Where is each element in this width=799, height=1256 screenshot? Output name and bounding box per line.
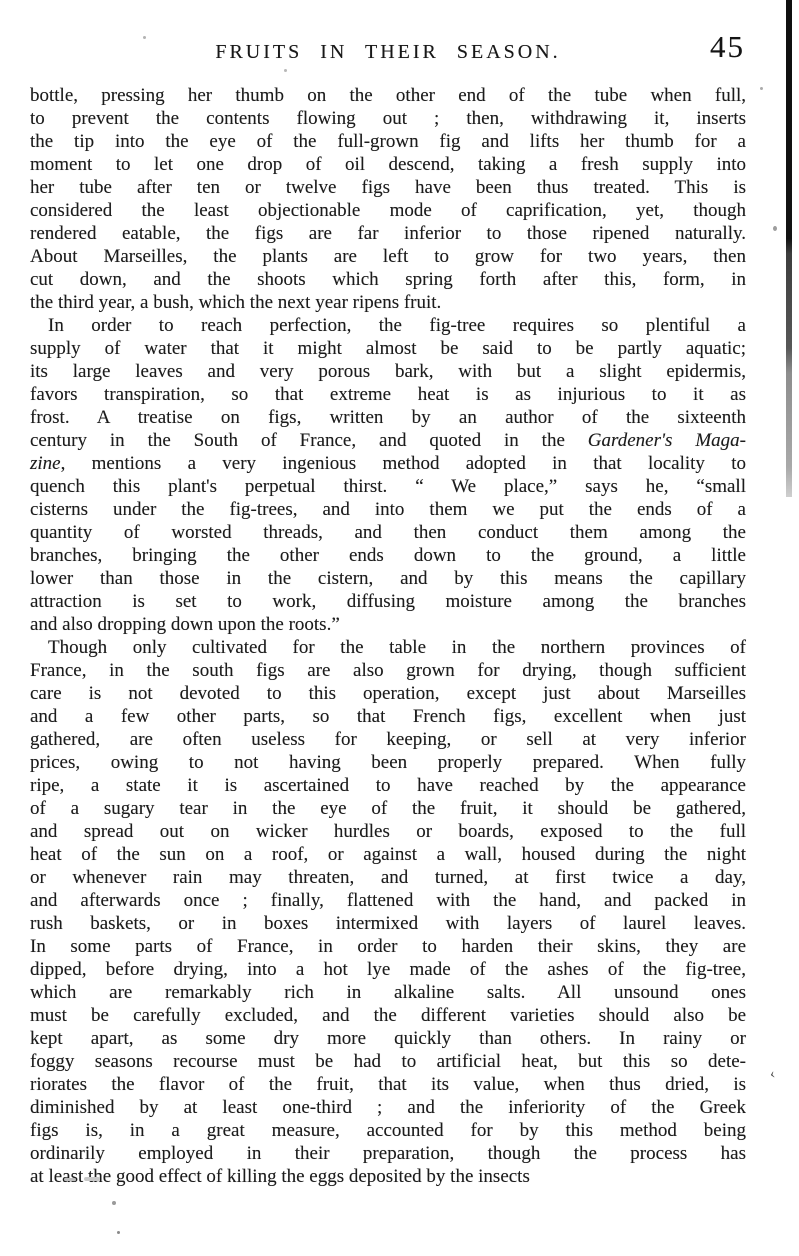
text-run: kept apart, as some dry more quickly tha… xyxy=(30,1028,746,1049)
text-line: or whenever rain may threaten, and turne… xyxy=(30,866,746,889)
text-run: supply of water that it might almost be … xyxy=(30,338,746,359)
text-line: her tube after ten or twelve figs have b… xyxy=(30,176,746,199)
text-line: riorates the flavor of the fruit, that i… xyxy=(30,1073,746,1096)
text-line: kept apart, as some dry more quickly tha… xyxy=(30,1027,746,1050)
text-line: frost. A treatise on figs, written by an… xyxy=(30,406,746,429)
text-run: figs is, in a great measure, accounted f… xyxy=(30,1120,746,1141)
text-line: dipped, before drying, into a hot lye ma… xyxy=(30,958,746,981)
scan-speck xyxy=(760,87,763,90)
text-run: prices, owing to not having been properl… xyxy=(30,752,746,773)
italic-text: zine xyxy=(30,453,61,474)
text-line: About Marseilles, the plants are left to… xyxy=(30,245,746,268)
scan-speck xyxy=(773,226,777,231)
text-run: of a sugary tear in the eye of the fruit… xyxy=(30,798,746,819)
text-line: quantity of worsted threads, and then co… xyxy=(30,521,746,544)
text-run: its large leaves and very porous bark, w… xyxy=(30,361,746,382)
text-line: moment to let one drop of oil descend, t… xyxy=(30,153,746,176)
text-run: riorates the flavor of the fruit, that i… xyxy=(30,1074,746,1095)
text-run: quench this plant's perpetual thirst. “ … xyxy=(30,476,746,497)
text-run: diminished by at least one-third ; and t… xyxy=(30,1097,746,1118)
text-run: lower than those in the cistern, and by … xyxy=(30,568,746,589)
text-line: and a few other parts, so that French fi… xyxy=(30,705,746,728)
text-run: cisterns under the fig-trees, and into t… xyxy=(30,499,746,520)
text-run: must be carefully excluded, and the diff… xyxy=(30,1005,746,1026)
text-run: foggy seasons recourse must be had to ar… xyxy=(30,1051,746,1072)
text-line: France, in the south figs are also grown… xyxy=(30,659,746,682)
text-line: quench this plant's perpetual thirst. “ … xyxy=(30,475,746,498)
text-line: supply of water that it might almost be … xyxy=(30,337,746,360)
scan-speck xyxy=(117,1231,120,1234)
margin-ink-mark: ‹ xyxy=(768,1066,776,1084)
text-line: In some parts of France, in order to har… xyxy=(30,935,746,958)
text-line: ripe, a state it is ascertained to have … xyxy=(30,774,746,797)
text-line: cisterns under the fig-trees, and into t… xyxy=(30,498,746,521)
text-line: to prevent the contents flowing out ; th… xyxy=(30,107,746,130)
scan-speck xyxy=(143,36,146,39)
text-run: frost. A treatise on figs, written by an… xyxy=(30,407,746,428)
text-line: zine, mentions a very ingenious method a… xyxy=(30,452,746,475)
text-run: and spread out on wicker hurdles or boar… xyxy=(30,821,746,842)
text-run: Though only cultivated for the table in … xyxy=(48,637,746,658)
text-line: must be carefully excluded, and the diff… xyxy=(30,1004,746,1027)
text-line: of a sugary tear in the eye of the fruit… xyxy=(30,797,746,820)
text-line: the tip into the eye of the full-grown f… xyxy=(30,130,746,153)
text-line: diminished by at least one-third ; and t… xyxy=(30,1096,746,1119)
text-run: gathered, are often useless for keeping,… xyxy=(30,729,746,750)
text-line: considered the least objectionable mode … xyxy=(30,199,746,222)
text-line: foggy seasons recourse must be had to ar… xyxy=(30,1050,746,1073)
text-line: branches, bringing the other ends down t… xyxy=(30,544,746,567)
text-run: heat of the sun on a roof, or against a … xyxy=(30,844,746,865)
text-line: at least the good effect of killing the … xyxy=(30,1165,746,1188)
binding-shadow xyxy=(786,0,792,497)
text-run: quantity of worsted threads, and then co… xyxy=(30,522,746,543)
text-run: attraction is set to work, diffusing moi… xyxy=(30,591,746,612)
text-run: , mentions a very ingenious method adopt… xyxy=(61,453,746,474)
text-run: at least the good effect of killing the … xyxy=(30,1166,530,1187)
text-run: care is not devoted to this operation, e… xyxy=(30,683,746,704)
text-run: cut down, and the shoots which spring fo… xyxy=(30,269,746,290)
text-line: heat of the sun on a roof, or against a … xyxy=(30,843,746,866)
text-run: dipped, before drying, into a hot lye ma… xyxy=(30,959,746,980)
running-title: FRUITS IN THEIR SEASON. xyxy=(30,41,746,64)
text-run: the tip into the eye of the full-grown f… xyxy=(30,131,746,152)
text-run: favors transpiration, so that extreme he… xyxy=(30,384,746,405)
text-line: care is not devoted to this operation, e… xyxy=(30,682,746,705)
text-line: bottle, pressing her thumb on the other … xyxy=(30,84,746,107)
text-run: and afterwards once ; finally, flattened… xyxy=(30,890,746,911)
text-run: the third year, a bush, which the next y… xyxy=(30,292,441,313)
text-run: and also dropping down upon the roots.” xyxy=(30,614,340,635)
scan-speck xyxy=(112,1201,116,1205)
text-run: which are remarkably rich in alkaline sa… xyxy=(30,982,746,1003)
text-line: lower than those in the cistern, and by … xyxy=(30,567,746,590)
text-line: and also dropping down upon the roots.” xyxy=(30,613,746,636)
text-run: and a few other parts, so that French fi… xyxy=(30,706,746,727)
text-line: Though only cultivated for the table in … xyxy=(30,636,746,659)
text-line: century in the South of France, and quot… xyxy=(30,429,746,452)
text-line: figs is, in a great measure, accounted f… xyxy=(30,1119,746,1142)
scan-speck xyxy=(84,1177,100,1181)
scanned-book-page: FRUITS IN THEIR SEASON. 45 bottle, press… xyxy=(0,0,799,1256)
text-run: branches, bringing the other ends down t… xyxy=(30,545,746,566)
text-run: In order to reach perfection, the fig-tr… xyxy=(48,315,746,336)
text-line: its large leaves and very porous bark, w… xyxy=(30,360,746,383)
text-line: ordinarily employed in their preparation… xyxy=(30,1142,746,1165)
body-text: bottle, pressing her thumb on the other … xyxy=(30,84,746,1188)
text-run: rendered eatable, the figs are far infer… xyxy=(30,223,746,244)
text-run: ripe, a state it is ascertained to have … xyxy=(30,775,746,796)
text-line: prices, owing to not having been properl… xyxy=(30,751,746,774)
text-run: considered the least objectionable mode … xyxy=(30,200,746,221)
text-run: or whenever rain may threaten, and turne… xyxy=(30,867,746,888)
text-line: attraction is set to work, diffusing moi… xyxy=(30,590,746,613)
text-run: her tube after ten or twelve figs have b… xyxy=(30,177,746,198)
text-line: and spread out on wicker hurdles or boar… xyxy=(30,820,746,843)
text-run: rush baskets, or in boxes intermixed wit… xyxy=(30,913,746,934)
text-line: which are remarkably rich in alkaline sa… xyxy=(30,981,746,1004)
italic-text: Gardener's Maga- xyxy=(588,430,746,451)
text-run: century in the South of France, and quot… xyxy=(30,430,588,451)
text-run: bottle, pressing her thumb on the other … xyxy=(30,85,746,106)
text-run: France, in the south figs are also grown… xyxy=(30,660,746,681)
text-line: rendered eatable, the figs are far infer… xyxy=(30,222,746,245)
text-run: moment to let one drop of oil descend, t… xyxy=(30,154,746,175)
text-line: gathered, are often useless for keeping,… xyxy=(30,728,746,751)
text-line: favors transpiration, so that extreme he… xyxy=(30,383,746,406)
text-line: and afterwards once ; finally, flattened… xyxy=(30,889,746,912)
text-line: In order to reach perfection, the fig-tr… xyxy=(30,314,746,337)
text-run: to prevent the contents flowing out ; th… xyxy=(30,108,746,129)
text-line: rush baskets, or in boxes intermixed wit… xyxy=(30,912,746,935)
text-run: About Marseilles, the plants are left to… xyxy=(30,246,746,267)
scan-speck xyxy=(64,1178,76,1181)
text-line: the third year, a bush, which the next y… xyxy=(30,291,746,314)
text-line: cut down, and the shoots which spring fo… xyxy=(30,268,746,291)
page-number: 45 xyxy=(710,29,745,65)
text-run: In some parts of France, in order to har… xyxy=(30,936,746,957)
text-run: ordinarily employed in their preparation… xyxy=(30,1143,746,1164)
scan-speck xyxy=(284,69,287,72)
